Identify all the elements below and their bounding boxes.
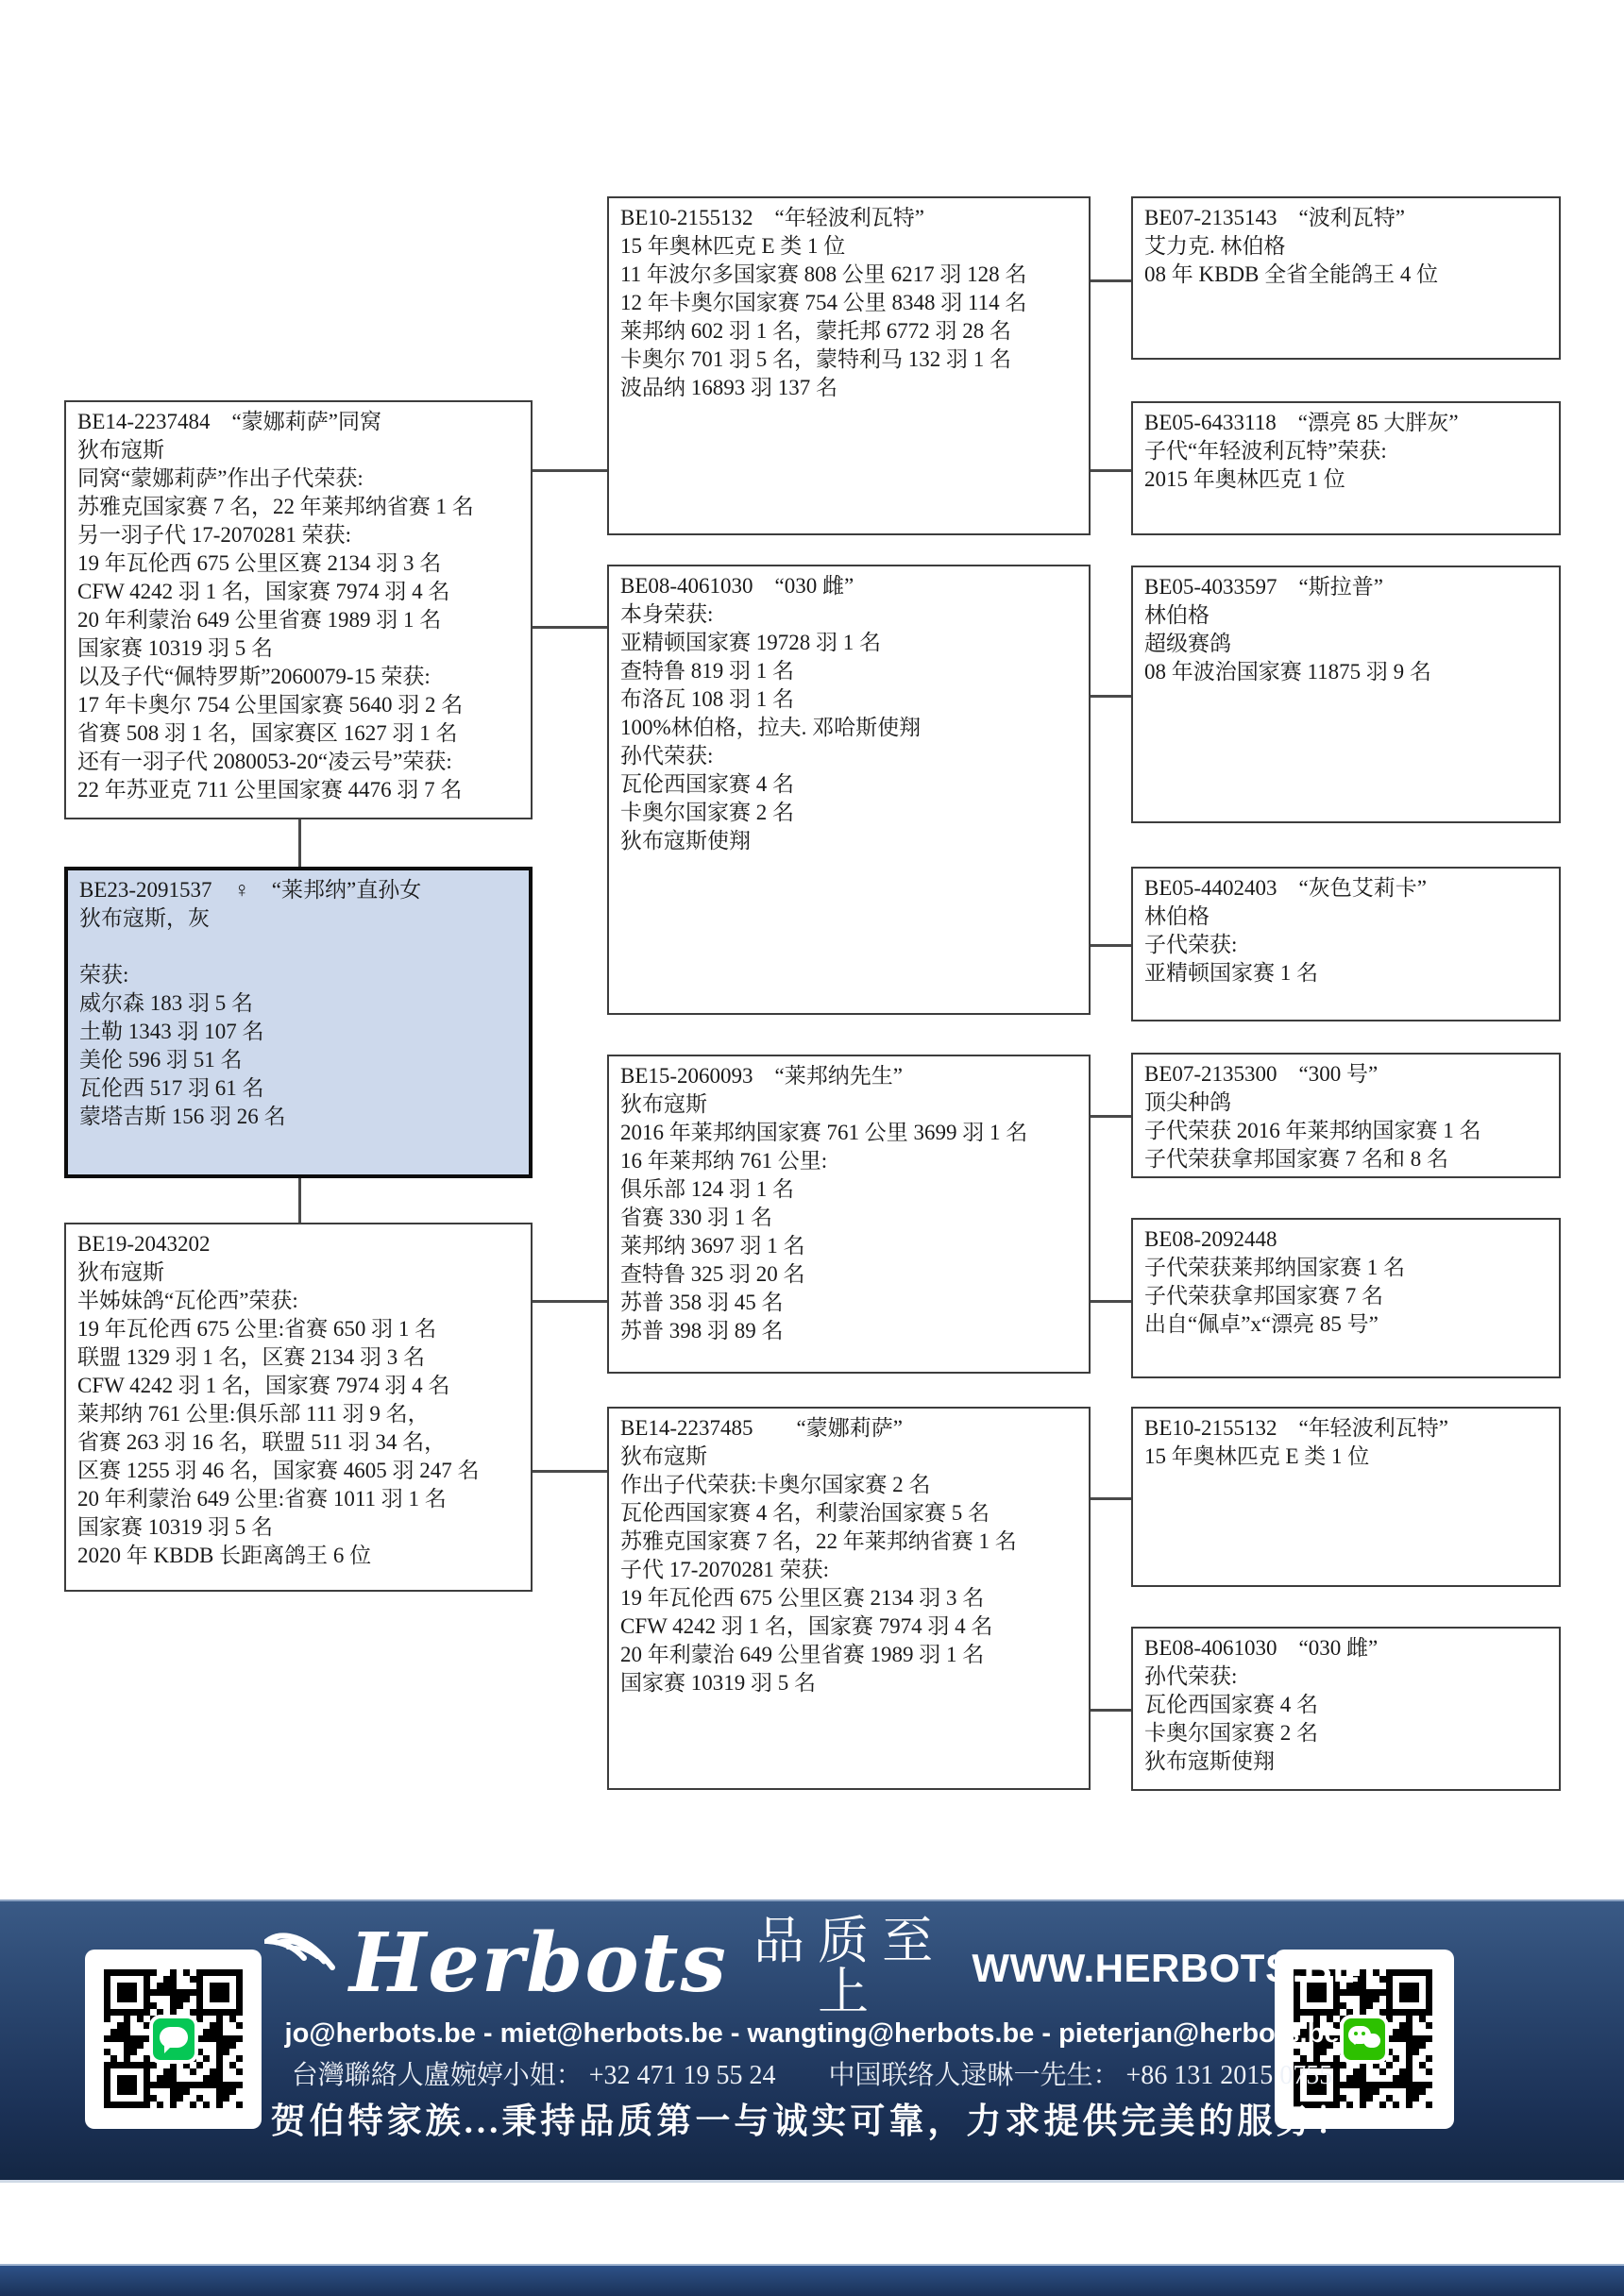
text-line: BE15-2060093 “莱邦纳先生” bbox=[620, 1062, 1077, 1090]
text-line: 本身荣获: bbox=[620, 600, 1077, 629]
pedigree-box-be07-2135300: BE07-2135300 “300 号”顶尖种鸽子代荣获 2016 年莱邦纳国家… bbox=[1131, 1053, 1561, 1178]
family-tagline: 贺伯特家族...秉持品质第一与诚实可靠，力求提供完美的服务！ bbox=[264, 2092, 1360, 2143]
pedigree-box-be14-2237485: BE14-2237485 “蒙娜莉萨”狄布寇斯作出子代荣获:卡奥尔国家赛 2 名… bbox=[607, 1407, 1091, 1790]
text-line: 威尔森 183 羽 5 名 bbox=[79, 989, 517, 1018]
text-line: 08 年波治国家赛 11875 羽 9 名 bbox=[1144, 658, 1548, 686]
text-line: 布洛瓦 108 羽 1 名 bbox=[620, 685, 1077, 714]
text-line: BE10-2155132 “年轻波利瓦特” bbox=[1144, 1414, 1548, 1443]
connector-line bbox=[1091, 469, 1131, 472]
bottom-edge-strip bbox=[0, 2264, 1624, 2296]
footer-content: Herbots 品质至上 WWW.HERBOTS.BE jo@herbots.b… bbox=[264, 1901, 1360, 2180]
text-line: 国家赛 10319 羽 5 名 bbox=[77, 634, 519, 663]
pedigree-box-be05-6433118: BE05-6433118 “漂亮 85 大胖灰”子代“年轻波利瓦特”荣获:201… bbox=[1131, 401, 1561, 535]
text-line: BE05-4402403 “灰色艾莉卡” bbox=[1144, 874, 1548, 903]
connector-line bbox=[533, 469, 607, 472]
footer-band: Herbots 品质至上 WWW.HERBOTS.BE jo@herbots.b… bbox=[0, 1899, 1624, 2183]
text-line: 子代荣获拿邦国家赛 7 名和 8 名 bbox=[1144, 1145, 1548, 1173]
text-line: 狄布寇斯，灰 bbox=[79, 904, 517, 933]
pedigree-page: BE14-2237484 “蒙娜莉萨”同窝狄布寇斯同窝“蒙娜莉萨”作出子代荣获:… bbox=[0, 0, 1624, 2296]
text-line: 20 年利蒙治 649 公里:省赛 1011 羽 1 名 bbox=[77, 1485, 519, 1513]
text-line: 同窝“蒙娜莉萨”作出子代荣获: bbox=[77, 464, 519, 493]
text-line: 半姊妹鸽“瓦伦西”荣获: bbox=[77, 1287, 519, 1315]
qr-finder bbox=[104, 1969, 150, 2016]
connector-line bbox=[1091, 695, 1131, 698]
text-line: BE05-4033597 “斯拉普” bbox=[1144, 573, 1548, 601]
text-line: 波品纳 16893 羽 137 名 bbox=[620, 374, 1077, 402]
text-line: 2020 年 KBDB 长距离鸽王 6 位 bbox=[77, 1542, 519, 1570]
text-line: 瓦伦西国家赛 4 名 bbox=[1144, 1691, 1548, 1719]
text-line: 亚精顿国家赛 19728 羽 1 名 bbox=[620, 629, 1077, 657]
pedigree-box-be05-4033597: BE05-4033597 “斯拉普”林伯格超级赛鸽08 年波治国家赛 11875… bbox=[1131, 566, 1561, 823]
text-line: 林伯格 bbox=[1144, 601, 1548, 630]
text-line: BE14-2237484 “蒙娜莉萨”同窝 bbox=[77, 408, 519, 436]
text-line: 瓦伦西 517 羽 61 名 bbox=[79, 1074, 517, 1103]
contact-persons: 台灣聯絡人盧婉婷小姐： +32 471 19 55 24 中国联络人逯晽一先生：… bbox=[264, 2054, 1360, 2092]
text-line: 苏雅克国家赛 7 名，22 年莱邦纳省赛 1 名 bbox=[620, 1528, 1077, 1556]
text-line: BE14-2237485 “蒙娜莉萨” bbox=[620, 1414, 1077, 1443]
text-line: 联盟 1329 羽 1 名，区赛 2134 羽 3 名 bbox=[77, 1343, 519, 1372]
text-line: 孙代荣获: bbox=[620, 742, 1077, 770]
text-line: 省赛 330 羽 1 名 bbox=[620, 1204, 1077, 1232]
text-line: BE23-2091537 ♀ “莱邦纳”直孙女 bbox=[79, 876, 517, 904]
pedigree-box-be05-4402403: BE05-4402403 “灰色艾莉卡”林伯格子代荣获:亚精顿国家赛 1 名 bbox=[1131, 867, 1561, 1021]
connector-line bbox=[1091, 1709, 1131, 1712]
text-line: 荣获: bbox=[79, 961, 517, 989]
text-line: 查特鲁 325 羽 20 名 bbox=[620, 1260, 1077, 1289]
text-line: 狄布寇斯 bbox=[620, 1090, 1077, 1119]
text-line: BE08-2092448 bbox=[1144, 1225, 1548, 1254]
text-line: 瓦伦西国家赛 4 名，利蒙治国家赛 5 名 bbox=[620, 1499, 1077, 1528]
text-line: 区赛 1255 羽 46 名，国家赛 4605 羽 247 名 bbox=[77, 1457, 519, 1485]
text-line: 以及子代“佩特罗斯”2060079-15 荣获: bbox=[77, 663, 519, 691]
text-line: BE07-2135143 “波利瓦特” bbox=[1144, 204, 1548, 232]
contact-emails: jo@herbots.be - miet@herbots.be - wangti… bbox=[264, 2018, 1360, 2050]
text-line: 莱邦纳 3697 羽 1 名 bbox=[620, 1232, 1077, 1260]
text-line: BE07-2135300 “300 号” bbox=[1144, 1060, 1548, 1089]
text-line: 出自“佩卓”x“漂亮 85 号” bbox=[1144, 1310, 1548, 1339]
text-line: 19 年瓦伦西 675 公里区赛 2134 羽 3 名 bbox=[620, 1584, 1077, 1612]
wing-icon bbox=[264, 1926, 338, 1984]
text-line: 子代“年轻波利瓦特”荣获: bbox=[1144, 437, 1548, 465]
quality-slogan: 品质至上 bbox=[753, 1910, 947, 2017]
text-line: 林伯格 bbox=[1144, 903, 1548, 931]
pedigree-box-be19-2043202: BE19-2043202狄布寇斯半姊妹鸽“瓦伦西”荣获:19 年瓦伦西 675 … bbox=[64, 1223, 533, 1592]
text-line: 俱乐部 124 羽 1 名 bbox=[620, 1175, 1077, 1204]
text-line bbox=[79, 933, 517, 961]
pedigree-box-be10-2155132: BE10-2155132 “年轻波利瓦特”15 年奥林匹克 E 类 1 位11 … bbox=[607, 196, 1091, 535]
text-line: 11 年波尔多国家赛 808 公里 6217 羽 128 名 bbox=[620, 261, 1077, 289]
line-icon bbox=[149, 2015, 198, 2064]
text-line: 子代荣获 2016 年莱邦纳国家赛 1 名 bbox=[1144, 1117, 1548, 1145]
text-line: 亚精顿国家赛 1 名 bbox=[1144, 959, 1548, 988]
pedigree-box-be07-2135143: BE07-2135143 “波利瓦特”艾力克. 林伯格08 年 KBDB 全省全… bbox=[1131, 196, 1561, 360]
text-line: 子代荣获: bbox=[1144, 931, 1548, 959]
text-line: 查特鲁 819 羽 1 名 bbox=[620, 657, 1077, 685]
text-line: 另一羽子代 17-2070281 荣获: bbox=[77, 521, 519, 549]
text-line: 15 年奥林匹克 E 类 1 位 bbox=[1144, 1443, 1548, 1471]
text-line: 顶尖种鸽 bbox=[1144, 1089, 1548, 1117]
connector-line bbox=[533, 626, 607, 629]
text-line: 苏雅克国家赛 7 名，22 年莱邦纳省赛 1 名 bbox=[77, 493, 519, 521]
pedigree-box-be08-2092448: BE08-2092448子代荣获莱邦纳国家赛 1 名子代荣获拿邦国家赛 7 名出… bbox=[1131, 1218, 1561, 1378]
text-line: 狄布寇斯 bbox=[620, 1443, 1077, 1471]
text-line: 08 年 KBDB 全省全能鸽王 4 位 bbox=[1144, 261, 1548, 289]
qr-finder bbox=[1386, 1969, 1432, 2016]
text-line: 省赛 508 羽 1 名，国家赛区 1627 羽 1 名 bbox=[77, 719, 519, 748]
connector-line bbox=[1091, 279, 1131, 282]
text-line: 超级赛鸽 bbox=[1144, 630, 1548, 658]
text-line: 蒙塔吉斯 156 羽 26 名 bbox=[79, 1103, 517, 1131]
text-line: 12 年卡奥尔国家赛 754 公里 8348 羽 114 名 bbox=[620, 289, 1077, 317]
text-line: 作出子代荣获:卡奥尔国家赛 2 名 bbox=[620, 1471, 1077, 1499]
brand-row: Herbots 品质至上 WWW.HERBOTS.BE bbox=[264, 1915, 1360, 2013]
connector-line bbox=[1091, 1300, 1131, 1303]
text-line: 19 年瓦伦西 675 公里区赛 2134 羽 3 名 bbox=[77, 549, 519, 578]
pedigree-box-be10-2155132-right: BE10-2155132 “年轻波利瓦特”15 年奥林匹克 E 类 1 位 bbox=[1131, 1407, 1561, 1587]
text-line: 国家赛 10319 羽 5 名 bbox=[77, 1513, 519, 1542]
text-line: 20 年利蒙治 649 公里省赛 1989 羽 1 名 bbox=[77, 606, 519, 634]
connector-line bbox=[1091, 944, 1131, 947]
text-line: BE05-6433118 “漂亮 85 大胖灰” bbox=[1144, 409, 1548, 437]
text-line: 莱邦纳 602 羽 1 名，蒙托邦 6772 羽 28 名 bbox=[620, 317, 1077, 346]
text-line: 美伦 596 羽 51 名 bbox=[79, 1046, 517, 1074]
text-line: CFW 4242 羽 1 名，国家赛 7974 羽 4 名 bbox=[620, 1612, 1077, 1641]
text-line: 19 年瓦伦西 675 公里:省赛 650 羽 1 名 bbox=[77, 1315, 519, 1343]
text-line: 狄布寇斯 bbox=[77, 1258, 519, 1287]
text-line: 莱邦纳 761 公里:俱乐部 111 羽 9 名， bbox=[77, 1400, 519, 1428]
text-line: 苏普 398 羽 89 名 bbox=[620, 1317, 1077, 1345]
pedigree-box-subject-be23-2091537: BE23-2091537 ♀ “莱邦纳”直孙女狄布寇斯，灰 荣获:威尔森 183… bbox=[64, 867, 533, 1178]
connector-line bbox=[533, 1470, 607, 1473]
text-line: 15 年奥林匹克 E 类 1 位 bbox=[620, 232, 1077, 261]
text-line: 2016 年莱邦纳国家赛 761 公里 3699 羽 1 名 bbox=[620, 1119, 1077, 1147]
text-line: 卡奥尔 701 羽 5 名，蒙特利马 132 羽 1 名 bbox=[620, 346, 1077, 374]
text-line: 瓦伦西国家赛 4 名 bbox=[620, 770, 1077, 799]
text-line: CFW 4242 羽 1 名，国家赛 7974 羽 4 名 bbox=[77, 1372, 519, 1400]
text-line: 卡奥尔国家赛 2 名 bbox=[620, 799, 1077, 827]
website-url: WWW.HERBOTS.BE bbox=[972, 1939, 1360, 1988]
text-line: BE19-2043202 bbox=[77, 1230, 519, 1258]
qr-finder bbox=[196, 1969, 243, 2016]
connector-line bbox=[1091, 1497, 1131, 1500]
text-line: 狄布寇斯使翔 bbox=[620, 827, 1077, 855]
text-line: 土勒 1343 羽 107 名 bbox=[79, 1018, 517, 1046]
text-line: 狄布寇斯 bbox=[77, 436, 519, 464]
text-line: 卡奥尔国家赛 2 名 bbox=[1144, 1719, 1548, 1747]
text-line: BE08-4061030 “030 雌” bbox=[1144, 1634, 1548, 1663]
connector-line bbox=[298, 1178, 301, 1223]
text-line: CFW 4242 羽 1 名，国家赛 7974 羽 4 名 bbox=[77, 578, 519, 606]
text-line: 还有一羽子代 2080053-20“凌云号”荣获: bbox=[77, 748, 519, 776]
text-line: 2015 年奥林匹克 1 位 bbox=[1144, 465, 1548, 494]
text-line: 子代 17-2070281 荣获: bbox=[620, 1556, 1077, 1584]
pedigree-box-be14-2237484: BE14-2237484 “蒙娜莉萨”同窝狄布寇斯同窝“蒙娜莉萨”作出子代荣获:… bbox=[64, 400, 533, 819]
text-line: 100%林伯格，拉夫. 邓哈斯使翔 bbox=[620, 714, 1077, 742]
connector-line bbox=[1091, 1115, 1131, 1118]
text-line: 22 年苏亚克 711 公里国家赛 4476 羽 7 名 bbox=[77, 776, 519, 804]
text-line: 16 年莱邦纳 761 公里: bbox=[620, 1147, 1077, 1175]
pedigree-box-be15-2060093: BE15-2060093 “莱邦纳先生”狄布寇斯2016 年莱邦纳国家赛 761… bbox=[607, 1055, 1091, 1374]
text-line: 子代荣获莱邦纳国家赛 1 名 bbox=[1144, 1254, 1548, 1282]
text-line: 20 年利蒙治 649 公里省赛 1989 羽 1 名 bbox=[620, 1641, 1077, 1669]
text-line: 狄布寇斯使翔 bbox=[1144, 1747, 1548, 1776]
text-line: 苏普 358 羽 45 名 bbox=[620, 1289, 1077, 1317]
qr-finder bbox=[104, 2062, 150, 2108]
text-line: 国家赛 10319 羽 5 名 bbox=[620, 1669, 1077, 1697]
text-line: 艾力克. 林伯格 bbox=[1144, 232, 1548, 261]
text-line: BE08-4061030 “030 雌” bbox=[620, 572, 1077, 600]
text-line: 孙代荣获: bbox=[1144, 1663, 1548, 1691]
pedigree-box-be08-4061030-right: BE08-4061030 “030 雌”孙代荣获:瓦伦西国家赛 4 名卡奥尔国家… bbox=[1131, 1627, 1561, 1791]
connector-line bbox=[298, 819, 301, 867]
pedigree-box-be08-4061030: BE08-4061030 “030 雌”本身荣获:亚精顿国家赛 19728 羽 … bbox=[607, 565, 1091, 1015]
line-qr-code bbox=[85, 1950, 262, 2129]
text-line: 17 年卡奥尔 754 公里国家赛 5640 羽 2 名 bbox=[77, 691, 519, 719]
herbots-logo: Herbots bbox=[349, 1923, 728, 2004]
text-line: 省赛 263 羽 16 名，联盟 511 羽 34 名， bbox=[77, 1428, 519, 1457]
text-line: BE10-2155132 “年轻波利瓦特” bbox=[620, 204, 1077, 232]
connector-line bbox=[533, 1300, 607, 1303]
text-line: 子代荣获拿邦国家赛 7 名 bbox=[1144, 1282, 1548, 1310]
